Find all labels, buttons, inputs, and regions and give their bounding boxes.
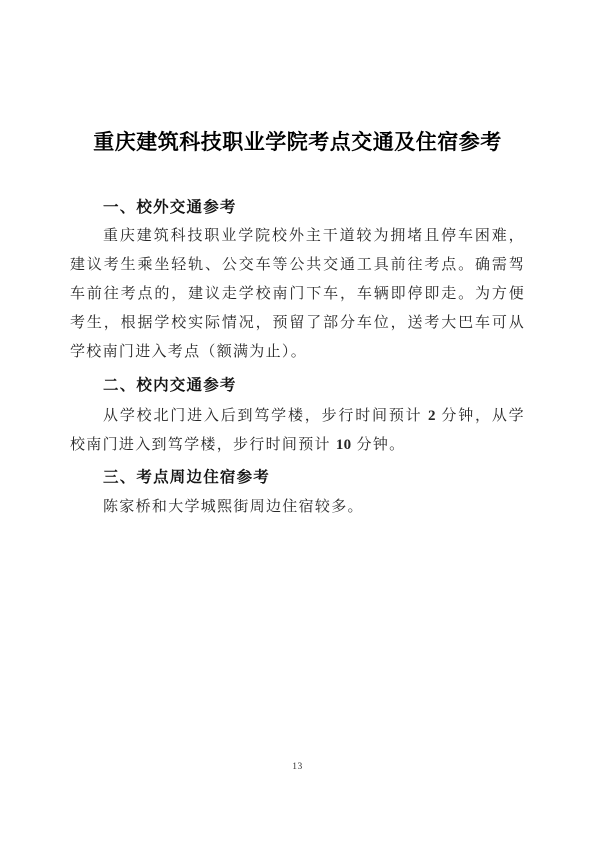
walk-time-minutes-south-gate: 10: [336, 437, 352, 453]
section-body-outside-traffic: 重庆建筑科技职业学院校外主干道较为拥堵且停车困难，建议考生乘坐轻轨、公交车等公共…: [70, 222, 525, 367]
page-number: 13: [0, 762, 595, 772]
document-page: { "doc": { "title": "重庆建筑科技职业学院考点交通及住宿参考…: [0, 0, 595, 842]
section-heading-campus-traffic: 二、校内交通参考: [70, 374, 558, 396]
section-heading-accommodation: 三、考点周边住宿参考: [70, 466, 558, 488]
section-body-accommodation: 陈家桥和大学城熙街周边住宿较多。: [70, 493, 525, 522]
body-text-segment: 从学校北门进入后到笃学楼，步行时间预计: [103, 408, 428, 424]
section-heading-outside-traffic: 一、校外交通参考: [70, 196, 558, 218]
walk-time-minutes-north-gate: 2: [428, 408, 436, 424]
page-title: 重庆建筑科技职业学院考点交通及住宿参考: [70, 127, 525, 157]
body-text-segment: 分钟。: [351, 437, 405, 453]
section-body-campus-traffic: 从学校北门进入后到笃学楼，步行时间预计 2 分钟，从学校南门进入到笃学楼，步行时…: [70, 402, 525, 460]
